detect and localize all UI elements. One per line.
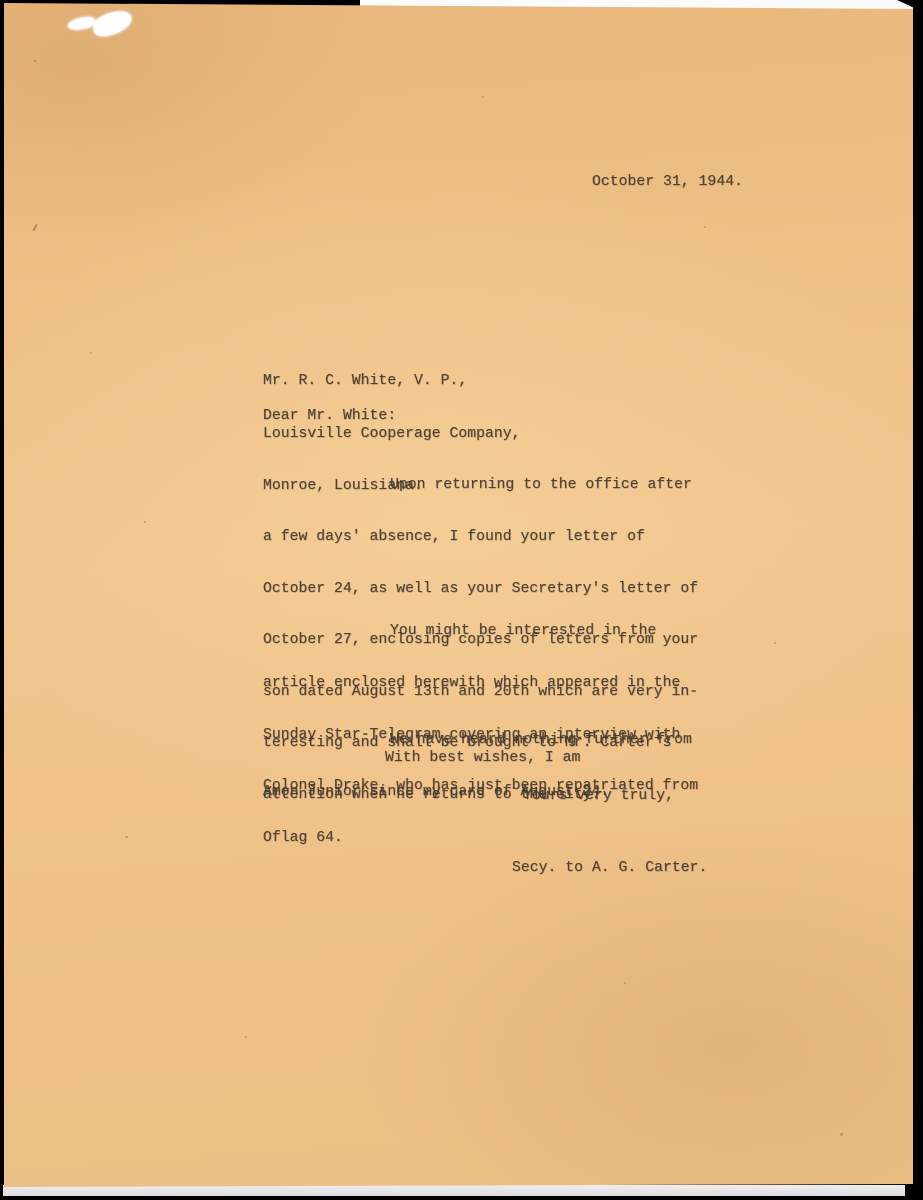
valediction: Yours very truly,: [523, 788, 674, 805]
salutation: Dear Mr. White:: [263, 408, 396, 425]
paper-speckle: [704, 226, 706, 228]
scanner-backing-bottom: [3, 1185, 905, 1196]
paper-speckle: [125, 836, 128, 838]
paragraph-line: a few days' absence, I found your letter…: [263, 529, 698, 546]
paper-speckle: [90, 352, 92, 354]
paragraph-line: article enclosed herewith which appeared…: [263, 675, 698, 692]
paper-speckle: [482, 96, 484, 98]
paper-speckle: [34, 60, 37, 62]
signature-line: Secy. to A. G. Carter.: [512, 860, 707, 877]
paper-speckle: [840, 1133, 843, 1136]
paper-damage-spot: [91, 9, 134, 39]
letter-date: October 31, 1944.: [592, 174, 743, 191]
paper-speckle: [624, 982, 626, 984]
paragraph-line: We have heard nothing further from: [263, 732, 692, 749]
paper-scratch: [32, 224, 37, 231]
recipient-name: Mr. R. C. White, V. P.,: [263, 372, 521, 390]
recipient-company: Louisville Cooperage Company,: [263, 425, 521, 443]
paragraph-line: Upon returning to the office after: [263, 477, 698, 494]
paper-speckle: [245, 1036, 247, 1038]
closing-phrase: With best wishes, I am: [385, 750, 580, 767]
paper-damage-spot: [67, 16, 95, 31]
paragraph-line: You might be interested in the: [263, 623, 698, 640]
paper-speckle: [144, 521, 146, 523]
letter-paper: October 31, 1944. Mr. R. C. White, V. P.…: [4, 0, 913, 1188]
paper-speckle: [774, 642, 776, 644]
document-scan: October 31, 1944. Mr. R. C. White, V. P.…: [0, 0, 923, 1200]
